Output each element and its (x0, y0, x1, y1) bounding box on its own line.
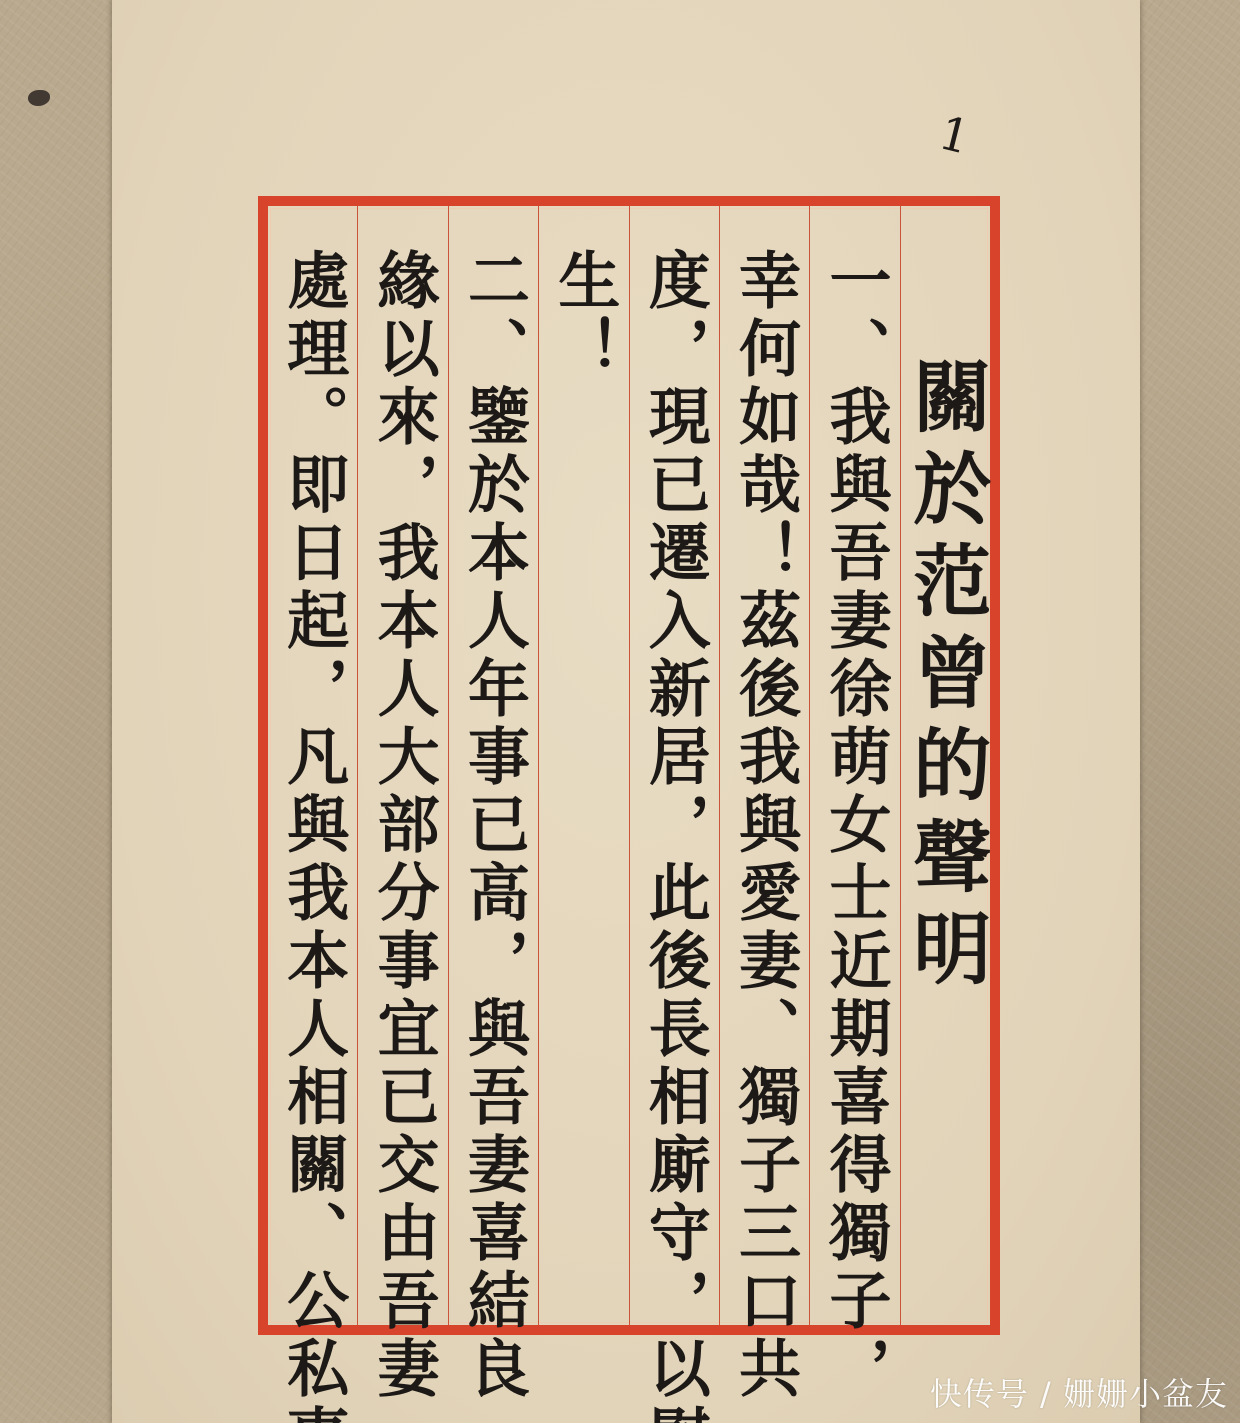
column-2: 幸何如哉！茲後我與愛妻、獨子三口共 (719, 206, 809, 1325)
column-3: 度，現已遷入新居，此後長相廝守，以慰餘 (629, 206, 719, 1325)
text-columns: 關於范曾的聲明 一、我與吾妻徐萌女士近期喜得獨子， 幸何如哉！茲後我與愛妻、獨子… (268, 206, 990, 1325)
column-title: 關於范曾的聲明 (900, 206, 990, 1325)
column-1: 一、我與吾妻徐萌女士近期喜得獨子， (809, 206, 899, 1325)
column-text: 幸何如哉！茲後我與愛妻、獨子三口共 (734, 206, 796, 1325)
column-text: 生！ (553, 206, 615, 1325)
column-6: 緣以來，我本人大部分事宜已交由吾妻 (357, 206, 447, 1325)
column-text: 度，現已遷入新居，此後長相廝守，以慰餘 (643, 206, 705, 1325)
watermark-text: 快传号 / 姗姗小盆友 (930, 1369, 1228, 1415)
column-text: 二、鑒於本人年事已高，與吾妻喜結良 (462, 206, 524, 1325)
column-text: 處理。即日起，凡與我本人相關、公私事 (282, 206, 344, 1325)
column-4: 生！ (538, 206, 628, 1325)
column-text: 一、我與吾妻徐萌女士近期喜得獨子， (824, 206, 886, 1325)
document-title: 關於范曾的聲明 (906, 206, 984, 1325)
column-5: 二、鑒於本人年事已高，與吾妻喜結良 (448, 206, 538, 1325)
column-text: 緣以來，我本人大部分事宜已交由吾妻 (372, 206, 434, 1325)
column-7: 處理。即日起，凡與我本人相關、公私事 (268, 206, 357, 1325)
